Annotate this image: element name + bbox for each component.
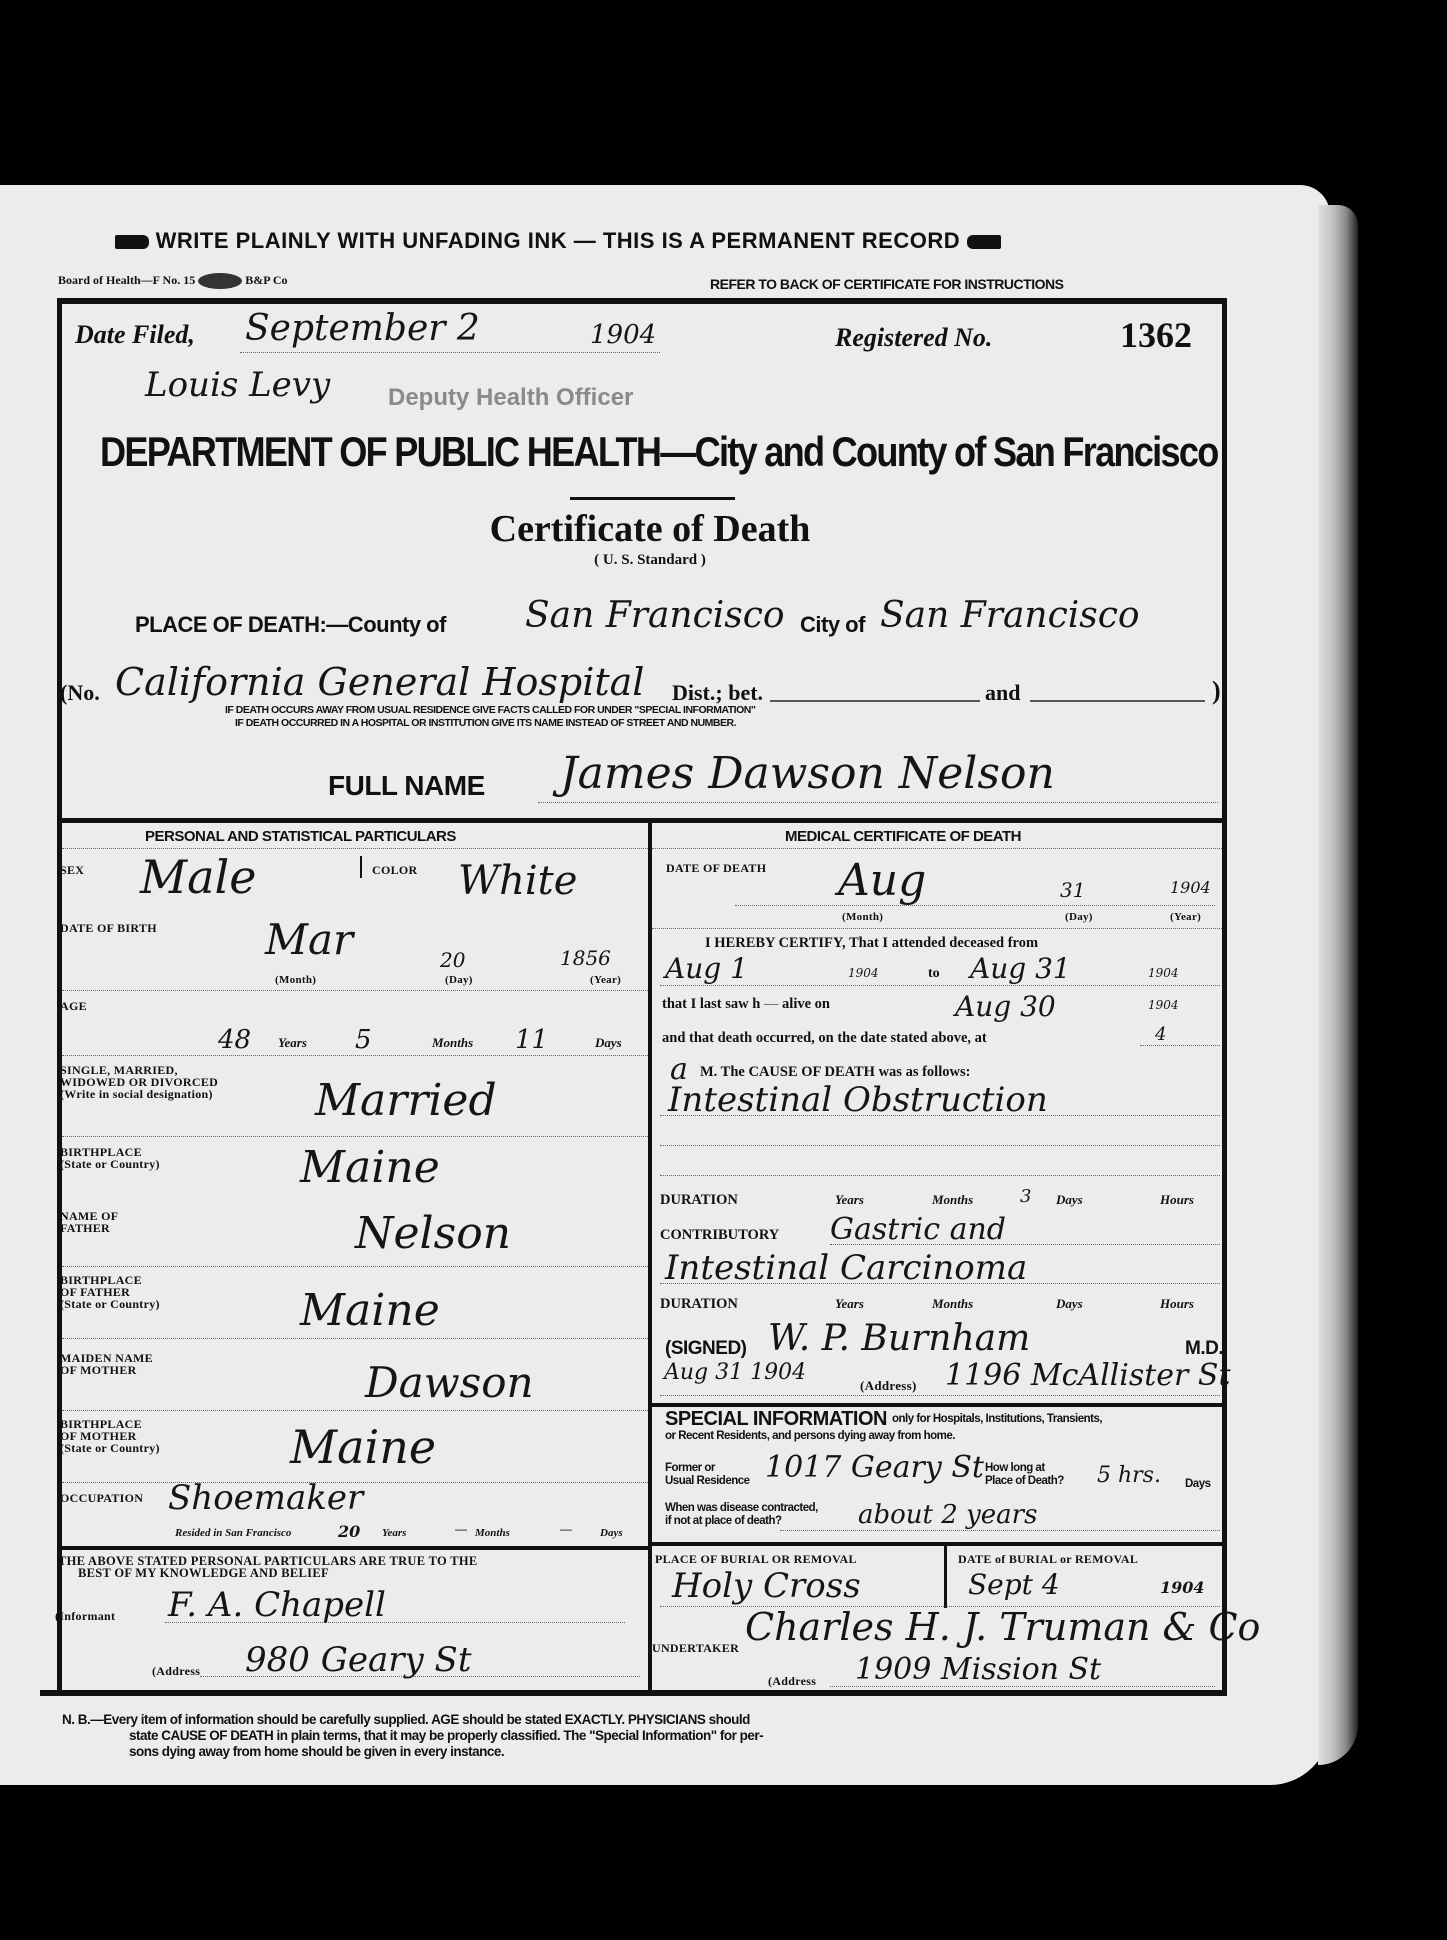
attended-to: Aug 31 (970, 952, 1071, 985)
residence-label: Former or Usual Residence (665, 1462, 750, 1488)
father-birthplace-label: BIRTHPLACE OF FATHER (State or Country) (60, 1274, 160, 1310)
medical-section-title: MEDICAL CERTIFICATE OF DEATH (785, 828, 1021, 845)
special-info-subtitle-1: only for Hospitals, Institutions, Transi… (892, 1413, 1102, 1425)
registered-label: Registered No. (835, 323, 992, 353)
footnote-line-3: sons dying away from home should be give… (62, 1744, 763, 1760)
city-value: San Francisco (880, 595, 1140, 636)
duration-2-years-caption: Years (835, 1296, 864, 1312)
personal-header-line (62, 848, 648, 849)
attended-line (660, 985, 1220, 986)
contributory-cause-2: Intestinal Carcinoma (665, 1248, 1027, 1288)
hour-line (1140, 1045, 1220, 1046)
footnote: N. B.—Every item of information should b… (62, 1712, 763, 1760)
how-long-label-1: How long at (985, 1462, 1064, 1475)
officer-signature: Louis Levy (145, 365, 330, 405)
attended-to-year: 1904 (1148, 966, 1179, 980)
form-id-text: Board of Health—F No. 15 (58, 273, 195, 287)
physician-address-label: (Address) (860, 1380, 917, 1392)
marital-label: SINGLE, MARRIED, WIDOWED OR DIVORCED (Wr… (60, 1064, 218, 1100)
disease-contracted: about 2 years (858, 1500, 1037, 1530)
contracted-label-2: if not at place of death? (665, 1515, 818, 1528)
burial-date: Sept 4 (968, 1568, 1060, 1601)
age-line (62, 1055, 648, 1056)
note-line-1: IF DEATH OCCURS AWAY FROM USUAL RESIDENC… (225, 704, 755, 717)
undertaker-address-line (830, 1686, 1215, 1687)
last-saw-gap: — (764, 996, 779, 1012)
informant-address: 980 Geary St (245, 1640, 471, 1680)
duration-2-hours-caption: Hours (1160, 1296, 1194, 1312)
how-long-label-2: Place of Death? (985, 1475, 1064, 1488)
union-label-seal-icon (198, 273, 242, 289)
dob-year-caption: (Year) (590, 974, 621, 986)
footnote-line-2: state CAUSE OF DEATH in plain terms, tha… (62, 1728, 763, 1744)
contracted-line (780, 1530, 1220, 1531)
date-of-birth-label: DATE OF BIRTH (60, 922, 157, 934)
death-hour: 4 (1155, 1024, 1166, 1045)
department-title: DEPARTMENT OF PUBLIC HEALTH—City and Cou… (100, 428, 1218, 476)
dob-line (62, 990, 648, 991)
note-line-2: IF DEATH OCCURRED IN A HOSPITAL OR INSTI… (225, 717, 755, 730)
place-of-death-label: PLACE OF DEATH:—County of (135, 612, 446, 638)
sex-value: Male (140, 850, 256, 904)
burial-place: Holy Cross (672, 1566, 861, 1606)
father-name-value: Nelson (355, 1208, 511, 1259)
last-saw-label: that I last saw h — alive on (662, 996, 830, 1013)
certificate-title: Certificate of Death (0, 507, 1300, 551)
dod-year: 1904 (1170, 878, 1211, 897)
date-filed-year: 1904 (590, 320, 656, 350)
paren-close: ) (1212, 676, 1221, 706)
informant-name: F. A. Chapell (168, 1585, 386, 1625)
informant-attestation: THE ABOVE STATED PERSONAL PARTICULARS AR… (58, 1555, 478, 1579)
full-name-line (538, 802, 1218, 803)
district-line (770, 700, 980, 702)
duration-2-days-caption: Days (1056, 1296, 1083, 1312)
father-birthplace-value: Maine (300, 1285, 440, 1336)
undertaker-name: Charles H. J. Truman & Co (745, 1605, 1260, 1649)
date-filed-label: Date Filed, (75, 320, 195, 350)
last-saw-year: 1904 (1148, 998, 1179, 1012)
burial-divider (944, 1546, 947, 1608)
undertaker-label: UNDERTAKER (652, 1642, 739, 1654)
alive-on-label: alive on (782, 996, 830, 1012)
box-bottom-rule (40, 1690, 1227, 1696)
undertaker-address: 1909 Mission St (855, 1652, 1101, 1687)
cause-statement: M. The CAUSE OF DEATH was as follows: (700, 1064, 970, 1081)
dod-divider (652, 928, 1222, 929)
age-days-caption: Days (595, 1035, 622, 1051)
certify-statement: I HEREBY CERTIFY, That I attended deceas… (705, 935, 1038, 952)
form-id: Board of Health—F No. 15 B&P Co (58, 273, 288, 289)
resided-days-caption: Days (600, 1527, 623, 1539)
father-label-2: FATHER (60, 1222, 118, 1234)
informant-address-label: (Address (152, 1665, 200, 1677)
mother-line (62, 1410, 648, 1411)
age-months-caption: Months (432, 1035, 473, 1051)
banner: WRITE PLAINLY WITH UNFADING INK — THIS I… (115, 228, 1001, 254)
county-value: San Francisco (525, 595, 785, 636)
attest-line-2: BEST OF MY KNOWLEDGE AND BELIEF (58, 1567, 478, 1579)
marital-value: Married (315, 1075, 497, 1126)
how-long-label: How long at Place of Death? (985, 1462, 1064, 1488)
date-of-death-label: DATE OF DEATH (666, 862, 766, 874)
burial-date-label: DATE of BURIAL or REMOVAL (958, 1553, 1138, 1565)
page-binding-edge (1318, 205, 1358, 1765)
medical-header-line (652, 848, 1222, 849)
cause-line-1 (660, 1115, 1220, 1116)
mother-label-2: OF MOTHER (60, 1364, 153, 1376)
dod-day-caption: (Day) (1065, 911, 1093, 923)
age-months: 5 (355, 1025, 372, 1055)
resided-days: — (560, 1522, 572, 1536)
dod-year-caption: (Year) (1170, 911, 1201, 923)
residence-label-2: Usual Residence (665, 1475, 750, 1488)
attended-from: Aug 1 (665, 952, 748, 985)
pointing-hand-icon (115, 235, 149, 249)
box-top-rule (57, 298, 1227, 304)
banner-text: WRITE PLAINLY WITH UNFADING INK — THIS I… (156, 228, 961, 253)
duration-1-months-caption: Months (932, 1192, 973, 1208)
duration-2-months-caption: Months (932, 1296, 973, 1312)
personal-section-title: PERSONAL AND STATISTICAL PARTICULARS (145, 828, 456, 845)
signed-label: (SIGNED) (665, 1338, 747, 1360)
standard-subtitle: ( U. S. Standard ) (0, 552, 1300, 569)
place-of-death-note: IF DEATH OCCURS AWAY FROM USUAL RESIDENC… (225, 704, 755, 730)
full-name-value: James Dawson Nelson (560, 748, 1055, 799)
resided-months: — (455, 1522, 467, 1536)
informant-label: (Informant (55, 1610, 115, 1622)
date-filed-value: September 2 (245, 308, 480, 349)
to-label: to (928, 966, 940, 982)
age-days: 11 (515, 1025, 548, 1055)
duration-label-1: DURATION (660, 1192, 738, 1209)
contributory-cause-1: Gastric and (830, 1212, 1006, 1247)
sex-label: SEX (60, 864, 84, 876)
mother-bp-label-3: (State or Country) (60, 1442, 160, 1454)
dob-day: 20 (440, 948, 465, 972)
md-label: M.D. (1185, 1338, 1223, 1360)
dod-day: 31 (1060, 878, 1085, 902)
dob-month-caption: (Month) (275, 974, 316, 986)
birthplace-label: BIRTHPLACE (State or Country) (60, 1146, 160, 1170)
cause-of-death: Intestinal Obstruction (668, 1080, 1048, 1120)
printer-text: B&P Co (245, 273, 287, 287)
informant-line (165, 1622, 625, 1623)
burial-place-label: PLACE OF BURIAL OR REMOVAL (655, 1553, 857, 1565)
physician-address: 1196 McAllister St (945, 1358, 1231, 1393)
column-divider (648, 822, 652, 1694)
date-filed-line (240, 352, 660, 353)
district-label: Dist.; bet. (672, 680, 763, 706)
informant-rule (57, 1546, 649, 1550)
father-line (62, 1266, 648, 1267)
officer-title-stamp: Deputy Health Officer (388, 384, 633, 412)
undertaker-address-label: (Address (768, 1675, 816, 1687)
cause-line-2 (660, 1145, 1220, 1146)
contributory-line-2 (660, 1283, 1220, 1284)
burial-year: 1904 (1160, 1578, 1205, 1597)
contributory-line-1 (830, 1244, 1220, 1245)
footnote-line-1: N. B.—Every item of information should b… (62, 1712, 763, 1728)
dod-line (735, 905, 1215, 906)
dod-month-caption: (Month) (842, 911, 883, 923)
dod-month: Aug (838, 855, 926, 906)
duration-1-years-caption: Years (835, 1192, 864, 1208)
color-label: COLOR (372, 864, 418, 876)
residence-label-1: Former or (665, 1462, 750, 1475)
signed-date: Aug 31 1904 (664, 1360, 806, 1385)
informant-address-line (200, 1676, 640, 1677)
age-years-caption: Years (278, 1035, 307, 1051)
birthplace-value: Maine (300, 1142, 440, 1193)
dob-day-caption: (Day) (445, 974, 473, 986)
duration-1-days-caption: Days (1056, 1192, 1083, 1208)
contracted-label: When was disease contracted, if not at p… (665, 1502, 818, 1528)
street-number-label: (No. (60, 680, 100, 706)
marital-line (62, 1136, 648, 1137)
age-years: 48 (218, 1025, 251, 1055)
district-line-2 (1030, 700, 1205, 702)
marital-label-3: (Write in social designation) (60, 1088, 218, 1100)
pointing-hand-icon (967, 235, 1001, 249)
age-label: AGE (60, 1000, 87, 1012)
occupation-label: OCCUPATION (60, 1492, 143, 1504)
usual-residence: 1017 Geary St (765, 1450, 984, 1485)
and-label: and (985, 680, 1020, 706)
duration-label-2: DURATION (660, 1296, 738, 1313)
place-of-death-location: California General Hospital (115, 660, 644, 704)
dob-month: Mar (265, 915, 353, 964)
sex-color-divider (360, 856, 362, 878)
how-long-days-caption: Days (1185, 1478, 1211, 1490)
physician-line (660, 1395, 1220, 1396)
special-info-subtitle-2: or Recent Residents, and persons dying a… (665, 1430, 955, 1442)
resided-months-caption: Months (475, 1527, 510, 1539)
special-info-title: SPECIAL INFORMATION (665, 1408, 887, 1431)
cause-line-3 (660, 1175, 1220, 1176)
last-saw-date: Aug 30 (955, 990, 1056, 1023)
contracted-label-1: When was disease contracted, (665, 1502, 818, 1515)
mother-birthplace-value: Maine (290, 1420, 436, 1474)
attended-from-year: 1904 (848, 966, 879, 980)
resided-label: Resided in San Francisco (175, 1527, 291, 1539)
occupation-value: Shoemaker (168, 1478, 363, 1518)
birthplace-label-2: (State or Country) (60, 1158, 160, 1170)
city-label: City of (800, 612, 865, 638)
resided-years: 20 (338, 1522, 360, 1541)
section-rule (57, 818, 1227, 823)
registered-number: 1362 (1120, 314, 1192, 356)
duration-1-hours-caption: Hours (1160, 1192, 1194, 1208)
father-bp-label-3: (State or Country) (60, 1298, 160, 1310)
color-value: White (458, 858, 577, 904)
how-long-value: 5 hrs. (1097, 1463, 1161, 1488)
burial-rule (652, 1542, 1222, 1546)
mother-name-value: Dawson (365, 1358, 534, 1407)
father-name-label: NAME OF FATHER (60, 1210, 118, 1234)
duration-1-value: 3 (1020, 1186, 1031, 1207)
occurred-statement: and that death occurred, on the date sta… (662, 1030, 987, 1047)
title-divider (570, 497, 735, 500)
father-bp-line (62, 1338, 648, 1339)
contributory-label: CONTRIBUTORY (660, 1227, 779, 1244)
instructions-reference: REFER TO BACK OF CERTIFICATE FOR INSTRUC… (710, 276, 1063, 292)
mother-name-label: MAIDEN NAME OF MOTHER (60, 1352, 153, 1376)
full-name-label: FULL NAME (328, 770, 485, 802)
physician-signature: W. P. Burnham (768, 1318, 1030, 1359)
last-saw-prefix: that I last saw h (662, 996, 760, 1012)
special-info-rule (652, 1403, 1222, 1407)
dob-year: 1856 (560, 946, 611, 970)
mother-birthplace-label: BIRTHPLACE OF MOTHER (State or Country) (60, 1418, 160, 1454)
resided-years-caption: Years (382, 1527, 406, 1539)
